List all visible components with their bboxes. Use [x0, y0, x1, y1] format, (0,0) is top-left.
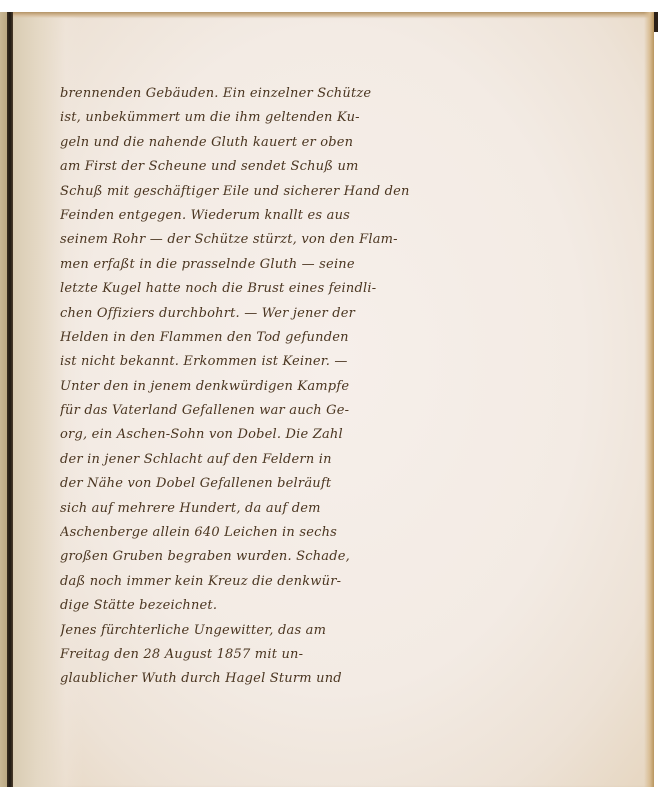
text-line: men erfaßt in die prasselnde Gluth — sei… [60, 253, 530, 277]
text-line: glaublicher Wuth durch Hagel Sturm und [60, 667, 530, 691]
text-line: geln und die nahende Gluth kauert er obe… [60, 131, 530, 155]
page-corner-mark [654, 12, 658, 32]
text-line: sich auf mehrere Hundert, da auf dem [60, 497, 530, 521]
text-line: Feinden entgegen. Wiederum knallt es aus [60, 204, 530, 228]
page-right-edge [644, 12, 654, 787]
text-line: für das Vaterland Gefallenen war auch Ge… [60, 399, 530, 423]
handwritten-text-block: brennenden Gebäuden. Ein einzelner Schüt… [60, 82, 530, 692]
text-line: am First der Scheune und sendet Schuß um [60, 155, 530, 179]
page-top-edge [13, 12, 654, 18]
text-line: Freitag den 28 August 1857 mit un- [60, 643, 530, 667]
text-line: der in jener Schlacht auf den Feldern in [60, 448, 530, 472]
text-line: ist, unbekümmert um die ihm geltenden Ku… [60, 106, 530, 130]
text-line: Jenes fürchterliche Ungewitter, das am [60, 619, 530, 643]
text-line: brennenden Gebäuden. Ein einzelner Schüt… [60, 82, 530, 106]
text-line: chen Offiziers durchbohrt. — Wer jener d… [60, 302, 530, 326]
text-line: ist nicht bekannt. Erkommen ist Keiner. … [60, 350, 530, 374]
text-line: Helden in den Flammen den Tod gefunden [60, 326, 530, 350]
text-line: großen Gruben begraben wurden. Schade, [60, 545, 530, 569]
text-line: der Nähe von Dobel Gefallenen belräuft [60, 472, 530, 496]
text-line: Schuß mit geschäftiger Eile und sicherer… [60, 180, 530, 204]
text-line: dige Stätte bezeichnet. [60, 594, 530, 618]
text-line: Aschenberge allein 640 Leichen in sechs [60, 521, 530, 545]
text-line: letzte Kugel hatte noch die Brust eines … [60, 277, 530, 301]
text-line: org, ein Aschen-Sohn von Dobel. Die Zahl [60, 423, 530, 447]
text-line: daß noch immer kein Kreuz die denkwür- [60, 570, 530, 594]
text-line: Unter den in jenem denkwürdigen Kampfe [60, 375, 530, 399]
text-line: seinem Rohr — der Schütze stürzt, von de… [60, 228, 530, 252]
